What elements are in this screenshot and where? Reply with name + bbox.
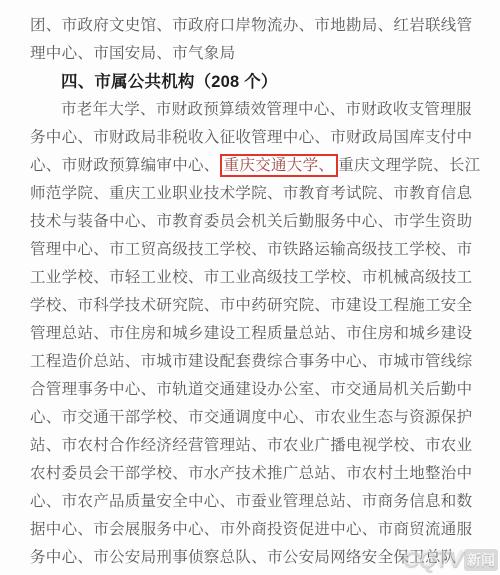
section-heading: 四、市属公共机构（208 个） [30, 68, 471, 96]
text-segment: 四、市属公共机构（208 个） [61, 73, 278, 91]
text-segment: 合管理事务中心、市轨道交通建设办公室、市交通局机关后勤中 [30, 381, 472, 398]
text-segment: 理中心、市国安局、市气象局 [30, 45, 235, 62]
text-line: 合管理事务中心、市轨道交通建设办公室、市交通局机关后勤中 [30, 376, 471, 404]
text-line: 工程造价总站、市城市建设配套费综合事务中心、市城市管线综 [30, 348, 471, 376]
text-line: 学校、市科学技术研究院、市中药研究院、市建设工程施工安全 [30, 292, 471, 320]
text-line: 心、市交通干部学校、市交通调度中心、市农业生态与资源保护 [30, 404, 471, 432]
text-line: 务中心、市财政局非税收入征收管理中心、市财政局国库支付中 [30, 124, 471, 152]
text-line: 工业学校、市轻工业校、市工业高级技工学校、市机械高级技工 [30, 264, 471, 292]
highlighted-term: 重庆交通大学、 [220, 154, 339, 177]
document-page: 团、市政府文史馆、市政府口岸物流办、市地勘局、红岩联线管理中心、市国安局、市气象… [0, 0, 500, 575]
text-segment: 重庆文理学院、长江 [338, 157, 480, 174]
text-line: 站、市农村合作经济经营管理站、市农业广播电视学校、市农业 [30, 432, 471, 460]
text-segment: 据中心、市会展服务中心、市外商投资促进中心、市商贸流通服 [30, 521, 472, 538]
text-line: 理中心、市国安局、市气象局 [30, 40, 471, 68]
text-line: 心、市财政预算编审中心、重庆交通大学、重庆文理学院、长江 [30, 152, 471, 180]
text-segment: 管理中心、市工贸高级技工学校、市铁路运输高级技工学校、市 [30, 241, 472, 258]
text-segment: 站、市农村合作经济经营管理站、市农业广播电视学校、市农业 [30, 437, 472, 454]
text-segment: 市老年大学、市财政预算绩效管理中心、市财政收支管理服 [61, 101, 472, 118]
text-line: 农村委员会干部学校、市水产技术推广总站、市农村土地整治中 [30, 460, 471, 488]
text-line: 技术与装备中心、市教育委员会机关后勤服务中心、市学生资助 [30, 208, 471, 236]
text-line: 务中心、市公安局刑事侦察总队、市公安局网络安全保卫总队 [30, 544, 471, 572]
text-segment: 技术与装备中心、市教育委员会机关后勤服务中心、市学生资助 [30, 213, 472, 230]
text-line: 心、市农产品质量安全中心、市蚕业管理总站、市商务信息和数 [30, 488, 471, 516]
text-line: 据中心、市会展服务中心、市外商投资促进中心、市商贸流通服 [30, 516, 471, 544]
text-segment: 工业学校、市轻工业校、市工业高级技工学校、市机械高级技工 [30, 269, 472, 286]
text-line: 市老年大学、市财政预算绩效管理中心、市财政收支管理服 [30, 96, 471, 124]
text-line: 团、市政府文史馆、市政府口岸物流办、市地勘局、红岩联线管 [30, 12, 471, 40]
text-segment: 管理总站、市住房和城乡建设工程质量总站、市住房和城乡建设 [30, 325, 472, 342]
document-body: 团、市政府文史馆、市政府口岸物流办、市地勘局、红岩联线管理中心、市国安局、市气象… [30, 12, 471, 572]
text-segment: 务中心、市财政局非税收入征收管理中心、市财政局国库支付中 [30, 129, 472, 146]
text-segment: 心、市财政预算编审中心、 [30, 157, 220, 174]
text-segment: 团、市政府文史馆、市政府口岸物流办、市地勘局、红岩联线管 [30, 17, 472, 34]
text-segment: 心、市农产品质量安全中心、市蚕业管理总站、市商务信息和数 [30, 493, 472, 510]
text-line: 管理总站、市住房和城乡建设工程质量总站、市住房和城乡建设 [30, 320, 471, 348]
text-line: 师范学院、重庆工业职业技术学院、市教育考试院、市教育信息 [30, 180, 471, 208]
text-segment: 心、市交通干部学校、市交通调度中心、市农业生态与资源保护 [30, 409, 472, 426]
text-segment: 务中心、市公安局刑事侦察总队、市公安局网络安全保卫总队 [30, 549, 457, 566]
text-segment: 工程造价总站、市城市建设配套费综合事务中心、市城市管线综 [30, 353, 472, 370]
text-segment: 农村委员会干部学校、市水产技术推广总站、市农村土地整治中 [30, 465, 472, 482]
text-line: 管理中心、市工贸高级技工学校、市铁路运输高级技工学校、市 [30, 236, 471, 264]
text-segment: 师范学院、重庆工业职业技术学院、市教育考试院、市教育信息 [30, 185, 472, 202]
text-segment: 学校、市科学技术研究院、市中药研究院、市建设工程施工安全 [30, 297, 472, 314]
